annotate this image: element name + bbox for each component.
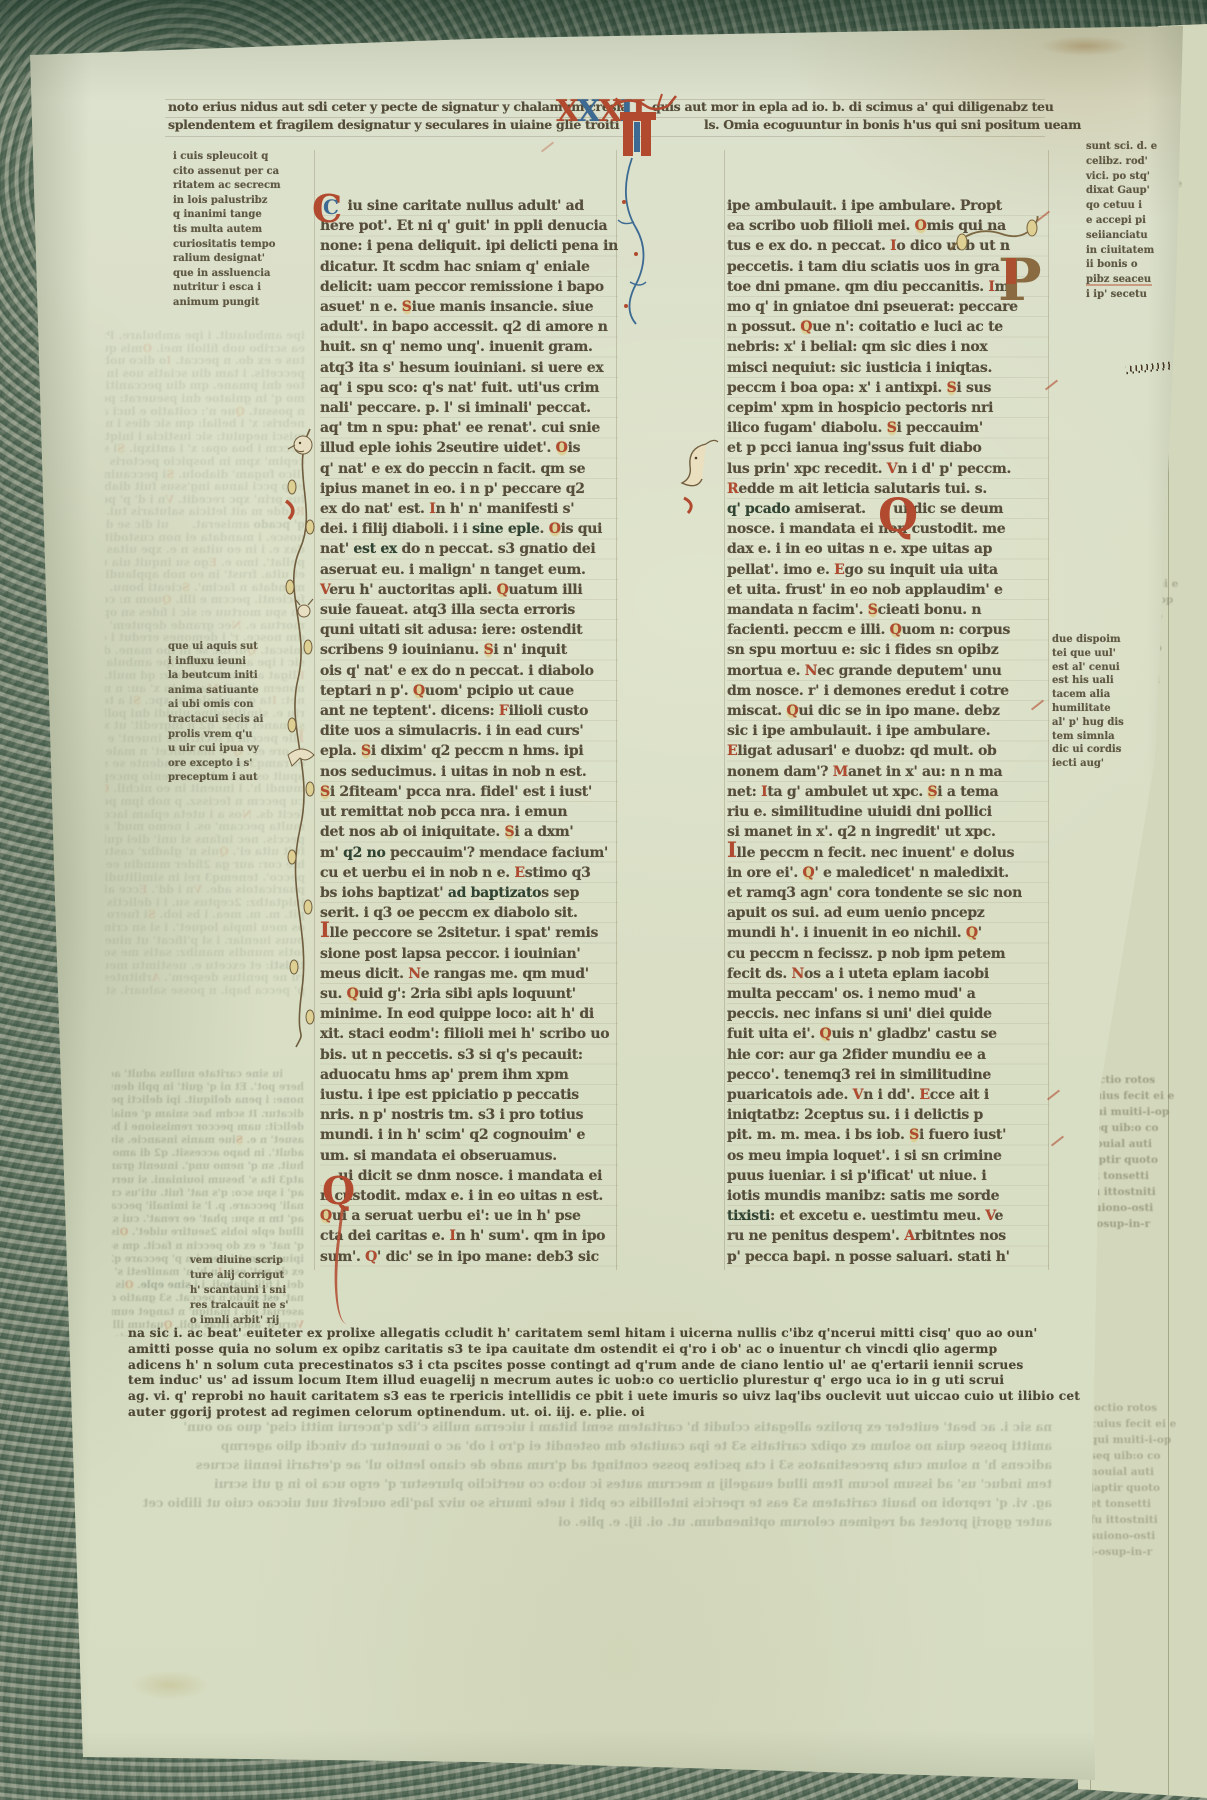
text-line: iu sine caritate nullus adult' ad xyxy=(112,1068,304,1081)
rubric-initial: E xyxy=(514,865,524,881)
text-line: u uir cui ipua vy xyxy=(168,742,263,757)
text-line: nos seducimus. i uitas in nob n est. xyxy=(320,762,618,782)
rubric-initial: E xyxy=(834,562,844,578)
text-line: adult'. in bapo accessit. q2 di amore n xyxy=(320,317,618,337)
text-line: aq' tm n spu: phat' ee renat'. cui snie xyxy=(112,1213,304,1226)
text-line: na sic i. ac beat' euiteter ex prolixe a… xyxy=(140,1418,1052,1437)
red-mark xyxy=(1051,1136,1064,1147)
text-line: nutritur i esca i xyxy=(173,281,281,296)
text-line: iu sine caritate nullus adult' ad xyxy=(320,196,618,216)
text-line: dei. i filij diaboli. i i sine eple. Ois… xyxy=(320,519,618,539)
ruling-line xyxy=(724,150,725,1270)
rubric-initial: N xyxy=(792,966,805,982)
text-line: iustu. i ipe est ppiciatio p peccatis xyxy=(320,1085,618,1105)
text-line: cu et uerbu ei in nob n e. Estimo q3 xyxy=(320,863,618,883)
text-line: Si 2fiteam' pcca nra. fidel' est i iust' xyxy=(320,782,618,802)
text-line: in ciuitatem xyxy=(1086,244,1157,259)
text-line: cito assenut per ca xyxy=(173,165,281,180)
text-line: q' nat' e ex do peccin n facit. qm se xyxy=(112,1240,304,1253)
text-line: na sic i. ac beat' euiteter ex prolixe a… xyxy=(128,1326,1080,1342)
text-line: est his uali xyxy=(1052,674,1124,688)
text-line: et p pcci ianua ing'ssus fuit diabo xyxy=(727,438,1049,458)
text-line: ut remittat nob pcca nra. i emun xyxy=(320,802,618,822)
rubric-initial: q2 no xyxy=(343,845,385,861)
text-line: curiositatis tempo xyxy=(173,238,281,253)
text-line: et p pcci ianua ing'ssus fuit diabo xyxy=(105,481,305,494)
text-line: apuit os sui. ad eum uenio pncepz xyxy=(727,903,1049,923)
text-line: facienti. peccm e illi. Quom n: corpus xyxy=(727,620,1049,640)
text-line: huit. sn q' nemo unq'. inuenit gram. xyxy=(320,337,618,357)
text-column-right: ipe ambulauit. i ipe ambulare. Proptea s… xyxy=(727,196,1049,1267)
rubric-initial: I xyxy=(166,354,171,367)
text-line: i-osup-in-r xyxy=(1088,1216,1207,1232)
text-line: iotis mundis manibz: satis me sorde xyxy=(727,1186,1049,1206)
text-line: su. Quid g': 2ria sibi apls loquunt' xyxy=(320,984,618,1004)
text-line: i-osup-in-r xyxy=(1090,1544,1207,1560)
text-line: illud eple iohis 2seutire uidet'. Ois xyxy=(112,1226,304,1239)
text-line: puus iueniar. i si p'ificat' ut niue. i xyxy=(727,1166,1049,1186)
text-line: tixisti: et excetu e. uestimtu meu. Ve xyxy=(727,1206,1049,1226)
text-line: que in assluencia xyxy=(173,267,281,282)
text-line: ipius manet in eo. i n p' peccare q2 xyxy=(320,479,618,499)
text-line: e accepi pi xyxy=(1086,214,1157,229)
rubric-initial: N xyxy=(805,663,818,679)
rubric-initial: Q xyxy=(803,865,815,881)
rubric-initial: N xyxy=(242,808,252,821)
text-line: tem induc' us' ad issum locum Item illud… xyxy=(140,1475,1052,1494)
text-line: aduocatu hms ap' prem ihm xpm xyxy=(320,1065,618,1085)
text-line: here pot'. Et ni q' guit' in ppli denuci… xyxy=(320,216,618,236)
text-line: dixat Gaup' xyxy=(1086,184,1157,199)
text-line: nebris: x' i belial: qm sic dies i nox xyxy=(105,418,305,431)
text-line: aq' i spu sco: q's nat' fuit. uti'us cri… xyxy=(112,1187,304,1200)
adjacent-folio-text: ioctio rotoscuius fecit ei equi muiti-i-… xyxy=(1088,1072,1207,1242)
rubric-initial: E xyxy=(919,1087,929,1103)
text-line: amitti posse quia no solum ex opibz cari… xyxy=(140,1437,1052,1456)
text-line: iaptir quoto xyxy=(1090,1480,1207,1496)
text-line: n custodit. mdax e. i in eo uitas n est. xyxy=(320,1186,618,1206)
text-line: riu e. similitudine uiuidi dni pollici xyxy=(727,802,1049,822)
text-line: res tralcauit ne s' xyxy=(190,1298,288,1313)
gloss-right-middle: due dispoimtei que uul'est al' cenuiest … xyxy=(1052,633,1124,771)
text-line: pellat'. imo e. Ego su inquit uia uita xyxy=(727,560,1049,580)
text-line: tus e ex do. n peccat. Io dico uob ut n xyxy=(105,355,305,368)
text-line: here pot'. Et ni q' guit' in ppli denuci… xyxy=(112,1081,304,1094)
text-line: multa peccam' os. i nemo mud' a xyxy=(727,984,1049,1004)
text-line: ritatem ac secrecm xyxy=(173,179,281,194)
rubric-initial: V xyxy=(985,1208,994,1224)
rubric-initial: I xyxy=(890,238,896,254)
text-line: dicatur. It scdm hac sniam q' eniale xyxy=(320,257,618,277)
svg-text:P: P xyxy=(998,246,1042,314)
rubric-initial: V xyxy=(194,883,203,896)
text-line: ag. vi. q' reprobi no hauit caritatem s3… xyxy=(140,1494,1052,1513)
gloss-left-top: i cuis spleucoit qcito assenut per carit… xyxy=(173,150,281,311)
text-line: la beutcum initi xyxy=(168,669,263,684)
text-line: tei que uul' xyxy=(1052,647,1124,661)
drollery-face xyxy=(672,436,722,536)
rubric-initial: N xyxy=(231,619,241,632)
text-line: est al' cenui xyxy=(1052,661,1124,675)
text-line: ii bonis o xyxy=(1086,258,1157,273)
stain xyxy=(130,1670,210,1700)
text-line: si manet in x'. q2 n ingredit' ut xpc. xyxy=(727,822,1049,842)
text-line: nouial auti xyxy=(1090,1464,1207,1480)
text-line: ru ne penitus despem'. Arbitntes nos xyxy=(105,972,305,985)
text-line: que ui aquis sut xyxy=(168,640,263,655)
text-line: multa peccam' os. i nemo mud' a xyxy=(105,821,305,834)
text-line: anima satiuante xyxy=(168,684,263,699)
rubric-initial: E xyxy=(209,556,217,569)
text-line: lus prin' xpc recedit. Vn i d' p' peccm. xyxy=(727,459,1049,479)
text-line: ai ubi omis con xyxy=(168,698,263,713)
text-line: et uita. frust' in eo nob applaudim' e xyxy=(727,580,1049,600)
text-line: none: i pena deliquit. ipi delicti pena … xyxy=(112,1094,304,1107)
text-line: ipe ambulauit. i ipe ambulare. Propt xyxy=(727,196,1049,216)
text-line: preceptum i aut xyxy=(168,771,263,786)
text-line: none: i pena deliquit. ipi delicti pena … xyxy=(320,236,618,256)
text-line: dicatur. It scdm hac sniam q' eniale xyxy=(112,1108,304,1121)
text-line: ois q' nat' e ex do n peccat. i diabolo xyxy=(320,661,618,681)
text-line: humilitate xyxy=(1052,702,1124,716)
text-line: qui muiti-i-op xyxy=(1090,1432,1207,1448)
text-line: dic ui cordis xyxy=(1052,743,1124,757)
text-line: illud eple iohis 2seutire uidet'. Ois xyxy=(320,438,618,458)
text-line: peccis. nec infans si uni' diei quide xyxy=(727,1004,1049,1024)
text-line: asuet' n e. Siue manis insancie. siue xyxy=(112,1134,304,1147)
text-line: p' pecca bapi. n posse saluari. stati h' xyxy=(727,1247,1049,1267)
rubric-initial: Q xyxy=(235,405,245,418)
text-line: pecco'. tenemq3 rei in similitudine xyxy=(727,1065,1049,1085)
text-line: dm nosce. r' i demones eredut i cotre xyxy=(727,681,1049,701)
text-line: h' scantauni i sni xyxy=(190,1283,288,1298)
rubric-initial: V xyxy=(853,1087,864,1103)
text-line: ore excepto i s' xyxy=(168,757,263,772)
text-line: asuet' n e. Siue manis insancie. siue xyxy=(320,297,618,317)
rubric-initial: I xyxy=(761,784,767,800)
text-line: bis. ut n peccetis. s3 si q's pecauit: xyxy=(320,1045,618,1065)
text-line: tem induc' us' ad issum locum Item illud… xyxy=(128,1373,1080,1389)
initial-Q: Q xyxy=(878,488,918,542)
text-line: tractacui secis ai xyxy=(168,713,263,728)
text-line: vem diuine scrip xyxy=(190,1253,288,1268)
text-line: iecti aug' xyxy=(1052,757,1124,771)
text-line: minime. In eod quippe loco: ait h' di xyxy=(320,1004,618,1024)
text-line: Veru h' auctoritas apli. Quatum illi xyxy=(320,580,618,600)
text-line: fu ittostniti xyxy=(1088,1184,1207,1200)
text-line: misci nequiut: sic iusticia i iniqtas. xyxy=(727,358,1049,378)
text-line: fuit uita ei'. Quis n' gladbz' castu se xyxy=(727,1024,1049,1044)
decorated-initial-P-vine: P xyxy=(946,216,1050,328)
text-line: Eligat adusari' e duobz: qd mult. ob xyxy=(727,741,1049,761)
rubric-initial: O xyxy=(915,218,927,234)
rubric-initial: E xyxy=(139,883,147,896)
rubric-initial: S xyxy=(236,1135,243,1146)
rubric-initial: A xyxy=(904,1228,915,1244)
text-line: suiono-osti xyxy=(1090,1528,1207,1544)
rubric-initial: Q xyxy=(162,593,172,606)
text-line: i ip' secetu xyxy=(1086,288,1157,303)
text-line: peccm i boa opa: x' i antixpi. Si sus xyxy=(727,378,1049,398)
text-line: suie faueat. atq3 illa secta erroris xyxy=(320,600,618,620)
text-line: atq3 ita s' hesum iouiniani. si uere ex xyxy=(112,1174,304,1187)
stain xyxy=(1040,36,1130,56)
rubric-initial: S xyxy=(148,908,156,921)
text-line: ioctio rotos xyxy=(1088,1072,1207,1088)
rubric-initial: N xyxy=(408,966,421,982)
text-line: et tonsetti xyxy=(1090,1496,1207,1512)
text-line: qui muiti-i-op xyxy=(1088,1104,1207,1120)
text-line: prolis vrem q'u xyxy=(168,728,263,743)
text-line: fecit ds. Nos a i uteta eplam iacobi xyxy=(727,964,1049,984)
rubric-initial: X xyxy=(577,94,598,129)
text-line: q' nat' e ex do peccin n facit. qm se xyxy=(320,459,618,479)
text-line: sn spu mortuu e: sic i fides sn opibz xyxy=(105,607,305,620)
text-line: Ille peccm n fecit. nec inuent' e dolus xyxy=(727,843,1049,863)
rubric-initial: F xyxy=(499,703,509,719)
text-line: ture alij corrigut xyxy=(190,1268,288,1283)
rubric-initial: Q xyxy=(890,622,902,638)
header-line: quis aut mor in epla ad io. b. di scimus… xyxy=(652,98,1081,116)
text-line: bs iohs baptizat' ad baptizatos sep xyxy=(320,883,618,903)
text-line: um. si mandata ei obseruamus. xyxy=(320,1146,618,1166)
text-line: p' pecca bapi. n posse saluari. stati h' xyxy=(105,985,305,998)
text-line: ex do nat' est. In h' n' manifesti s' xyxy=(320,499,618,519)
text-line: epla. Si dixim' q2 peccm n hms. ipi xyxy=(320,741,618,761)
header-right: quis aut mor in epla ad io. b. di scimus… xyxy=(652,98,1081,134)
text-line: xit. staci eodm': filioli mei h' scribo … xyxy=(320,1024,618,1044)
text-line: miscat. Qui dic se in ipo mane. debz xyxy=(727,701,1049,721)
rubric-initial: S xyxy=(909,1127,919,1143)
text-line: atq3 ita s' hesum iouiniani. si uere ex xyxy=(320,358,618,378)
rubric-initial: R xyxy=(727,481,738,497)
text-column-left: iu sine caritate nullus adult' adhere po… xyxy=(320,196,618,1267)
text-line: tis multa autem xyxy=(173,223,281,238)
text-line: ant ne teptent'. dicens: Filioli custo xyxy=(320,701,618,721)
rubric-initial: A xyxy=(152,971,161,984)
text-line: puaricatois ade. Vn i dd'. Ecce ait i xyxy=(727,1085,1049,1105)
text-line: aseruat eu. i malign' n tanget eum. xyxy=(320,560,618,580)
text-line: meus dicit. Ne rangas me. qm mud' xyxy=(320,964,618,984)
text-line: i influxu ieuni xyxy=(168,655,263,670)
initial-C: CC xyxy=(312,186,342,231)
text-line: tacem alia xyxy=(1052,688,1124,702)
text-line: aq' i spu sco: q's nat' fuit. uti'us cri… xyxy=(320,378,618,398)
text-line: nali' peccare. p. l' si iminali' peccat. xyxy=(320,398,618,418)
text-line: auter ggorij protest ad regimen celorum … xyxy=(140,1513,1052,1532)
text-line: mandata n facim'. Scieati bonu. n xyxy=(727,600,1049,620)
text-line: delicit: uam peccor remissione i bapo xyxy=(112,1121,304,1134)
text-line: amitti posse quia no solum ex opibz cari… xyxy=(128,1342,1080,1358)
rubric-initial: I xyxy=(272,694,277,707)
rubric-initial: I xyxy=(449,1228,455,1244)
rubric-initial: sine eple xyxy=(472,521,539,537)
rubric-initial: Q xyxy=(820,1026,832,1042)
text-line: in ore ei'. Q' e maledicet' n maledixit. xyxy=(727,863,1049,883)
text-line: suiono-osti xyxy=(1088,1200,1207,1216)
text-line: seq uib:o co xyxy=(1090,1448,1207,1464)
gloss-right-top: sunt sci. d. ecelibz. rod'vici. po stq'd… xyxy=(1086,140,1157,303)
text-line: quni uitati sit adusa: iere: ostendit xyxy=(320,620,618,640)
text-line: iniqtatbz: 2ceptus su. i i delictis p xyxy=(727,1105,1049,1125)
text-line: celibz. rod' xyxy=(1086,155,1157,170)
text-line: due dispoim xyxy=(1052,633,1124,647)
text-line: puaricatois ade. Vn i dd'. Ecce ait i xyxy=(105,884,305,897)
text-line: hie cor: aur ga 2fider mundiu ee a xyxy=(727,1045,1049,1065)
red-mark xyxy=(541,142,554,153)
rubric-initial: M xyxy=(833,764,848,780)
rubric-initial: V xyxy=(887,461,898,477)
text-line: nat' est ex do n peccat. s3 gnatio dei xyxy=(320,539,618,559)
rubric-initial: O xyxy=(143,342,153,355)
rubric-initial: S xyxy=(166,468,174,481)
text-line: ralium designat' xyxy=(173,252,281,267)
text-line: ui dicit se dnm nosce. i mandata ei xyxy=(320,1166,618,1186)
text-line: sunt sci. d. e xyxy=(1086,140,1157,155)
text-line: adult'. in bapo accessit. q2 di amore n xyxy=(112,1147,304,1160)
adjacent-folio-text: ioctio rotoscuius fecit ei equi muiti-i-… xyxy=(1090,1400,1207,1630)
text-line: mundi h'. i inuenit in eo nichil. Q' xyxy=(727,923,1049,943)
rubric-initial: S xyxy=(117,442,125,455)
text-line: fu ittostniti xyxy=(1090,1512,1207,1528)
vine-border-drollery xyxy=(280,425,324,1050)
text-line: serit. i q3 oe peccm ex diabolo sit. xyxy=(320,903,618,923)
text-line: mortua e. Nec grande deputem' unu xyxy=(727,661,1049,681)
text-line: auter ggorij protest ad regimen celorum … xyxy=(128,1405,1080,1421)
text-line: mo q' in gniatoe dni pseuerat: peccare xyxy=(105,393,305,406)
text-line: nali' peccare. p. l' si iminali' peccat. xyxy=(112,1200,304,1213)
rubric-initial: E xyxy=(727,743,737,759)
gloss-left-bottom: vem diuine scripture alij corriguth' sca… xyxy=(190,1253,288,1328)
rubric-initial: Q xyxy=(219,845,229,858)
text-line: ag. vi. q' reprobi no hauit caritatem s3… xyxy=(128,1389,1080,1405)
text-line: nebris: x' i belial: qm sic dies i nox xyxy=(727,337,1049,357)
text-line: Ille peccore se 2sitetur. i spat' remis xyxy=(320,923,618,943)
text-line: nris. n p' nostris tm. s3 i pro totius xyxy=(320,1105,618,1125)
rubric-initial: S xyxy=(505,824,515,840)
text-line: al' p' hug dis xyxy=(1052,716,1124,730)
text-line: cuius fecit ei e xyxy=(1090,1416,1207,1432)
text-line: et tonsetti xyxy=(1088,1168,1207,1184)
text-line: in lois palustribz xyxy=(173,194,281,209)
rubric-initial: Q xyxy=(413,683,425,699)
rubric-initial: ad baptizato xyxy=(448,885,541,901)
rubric-initial: I xyxy=(429,501,435,517)
text-line: et uita. frust' in eo nob applaudim' e xyxy=(105,569,305,582)
rubric-initial: S xyxy=(182,581,190,594)
text-line: mundi. i in h' scim' q2 cognouim' e xyxy=(320,1125,618,1145)
rubric-initial: Q xyxy=(497,582,509,598)
rubric-initial: X xyxy=(556,94,577,129)
text-line: seq uib:o co xyxy=(1088,1120,1207,1136)
rubric-initial: q' pcado xyxy=(727,501,790,517)
text-line: sione post lapsa peccor. i iouinian' xyxy=(320,944,618,964)
rubric-initial: S xyxy=(361,743,371,759)
text-line: huit. sn q' nemo unq'. inuenit gram. xyxy=(112,1160,304,1173)
text-line: nonem dam'? Manet in x' au: n n ma xyxy=(727,762,1049,782)
text-line: animum pungit xyxy=(173,296,281,311)
text-line: net: Ita g' ambulet ut xpc. Si a tema xyxy=(727,782,1049,802)
text-line: scribens 9 iouinianu. Si n' inquit xyxy=(320,640,618,660)
rubric-initial: sine eple xyxy=(141,1280,191,1291)
text-line: ilico fugam' diabolu. Si peccauim' xyxy=(727,418,1049,438)
rubric-initial: V xyxy=(166,493,175,506)
text-line: m' q2 no peccauim'? mendace facium' xyxy=(320,843,618,863)
rubric-initial: est ex xyxy=(353,541,397,557)
text-line: cu peccm n fecissz. p nob ipm petem xyxy=(727,944,1049,964)
text-line: et ramq3 agn' cora tondente se sic non xyxy=(727,883,1049,903)
rubric-initial: O xyxy=(120,1227,129,1238)
rubric-initial: S xyxy=(402,299,412,315)
text-line: dite uos a simulacris. i in ead curs' xyxy=(320,721,618,741)
rubric-initial: O xyxy=(125,1280,134,1291)
text-line: pit. m. m. mea. i bs iob. Si fuero iust' xyxy=(727,1125,1049,1145)
text-line: vici. po stq' xyxy=(1086,170,1157,185)
text-line: cu peccm n fecissz. p nob ipm petem xyxy=(105,796,305,809)
rubric-initial: Q xyxy=(800,319,812,335)
text-line: nouial auti xyxy=(1088,1136,1207,1152)
parchment-leaf: ipe ambulauit. i ipe ambulare. Proptea s… xyxy=(0,0,1207,1800)
rubric-initial: Q xyxy=(786,703,798,719)
rubric-initial: S xyxy=(927,784,937,800)
text-line: sic i ipe ambulauit. i ipe ambulare. xyxy=(727,721,1049,741)
rubric-initial: Q xyxy=(347,986,359,1002)
manuscript-photo: ioctio rotoscuius fecit ei equi muiti-i-… xyxy=(0,0,1207,1800)
text-line: adicens h' n solum cuta precestinatos s3… xyxy=(128,1358,1080,1374)
rubric-initial: O xyxy=(556,440,568,456)
rubric-initial: S xyxy=(868,602,878,618)
text-line: ioctio rotos xyxy=(1090,1400,1207,1416)
text-line: hie cor: aur ga 2fider mundiu ee a xyxy=(105,859,305,872)
text-line: teptari n p'. Quom' pcipio ut caue xyxy=(320,681,618,701)
rubric-initial: S xyxy=(484,642,494,658)
show-through-text: na sic i. ac beat' euiteter ex prolixe a… xyxy=(140,1418,1052,1540)
text-line: aq' tm n spu: phat' ee renat'. cui snie xyxy=(320,418,618,438)
text-line: sn spu mortuu e: sic i fides sn opibz xyxy=(727,640,1049,660)
text-line: qo cetuu i xyxy=(1086,199,1157,214)
text-line: os meu impia loquet'. i si sn crimine xyxy=(105,922,305,935)
text-line: cepim' xpm in hospicio pectoris nri xyxy=(105,456,305,469)
text-line: det nos ab oi iniquitate. Si a dxm' xyxy=(320,822,618,842)
rubric-initial: Q xyxy=(966,925,978,941)
bottom-commentary: na sic i. ac beat' euiteter ex prolixe a… xyxy=(128,1326,1080,1421)
rubric-initial: S xyxy=(887,420,897,436)
text-line: delicit: uam peccor remissione i bapo xyxy=(320,277,618,297)
text-line: iaptir quoto xyxy=(1088,1152,1207,1168)
rubric-initial: I xyxy=(727,837,737,862)
text-line: ru ne penitus despem'. Arbitntes nos xyxy=(727,1226,1049,1246)
gloss-underline xyxy=(1086,284,1152,286)
text-line: tem simnla xyxy=(1052,730,1124,744)
rubric-initial: S xyxy=(947,380,957,396)
text-line: dax e. i in eo uitas n e. xpe uitas ap xyxy=(105,544,305,557)
text-line: cuius fecit ei e xyxy=(1088,1088,1207,1104)
rubric-initial: S xyxy=(133,694,141,707)
rubric-initial: O xyxy=(549,521,561,537)
rubric-initial: Q xyxy=(365,1249,377,1265)
gloss-left-middle: que ui aquis suti influxu ieunila beutcu… xyxy=(168,640,263,786)
text-line: i cuis spleucoit q xyxy=(173,150,281,165)
text-line: os meu impia loquet'. i si sn crimine xyxy=(727,1146,1049,1166)
text-line: seiianciatu xyxy=(1086,229,1157,244)
text-line: q inanimi tange xyxy=(173,208,281,223)
text-line: ipe ambulauit. i ipe ambulare. Propt xyxy=(105,330,305,343)
rubric-initial: tixisti xyxy=(727,1208,770,1224)
text-line: adicens h' n solum cuta precestinatos s3… xyxy=(140,1456,1052,1475)
rubric-initial: Q xyxy=(105,782,109,795)
text-line: cepim' xpm in hospicio pectoris nri xyxy=(727,398,1049,418)
text-line: dax e. i in eo uitas n e. xpe uitas ap xyxy=(727,539,1049,559)
